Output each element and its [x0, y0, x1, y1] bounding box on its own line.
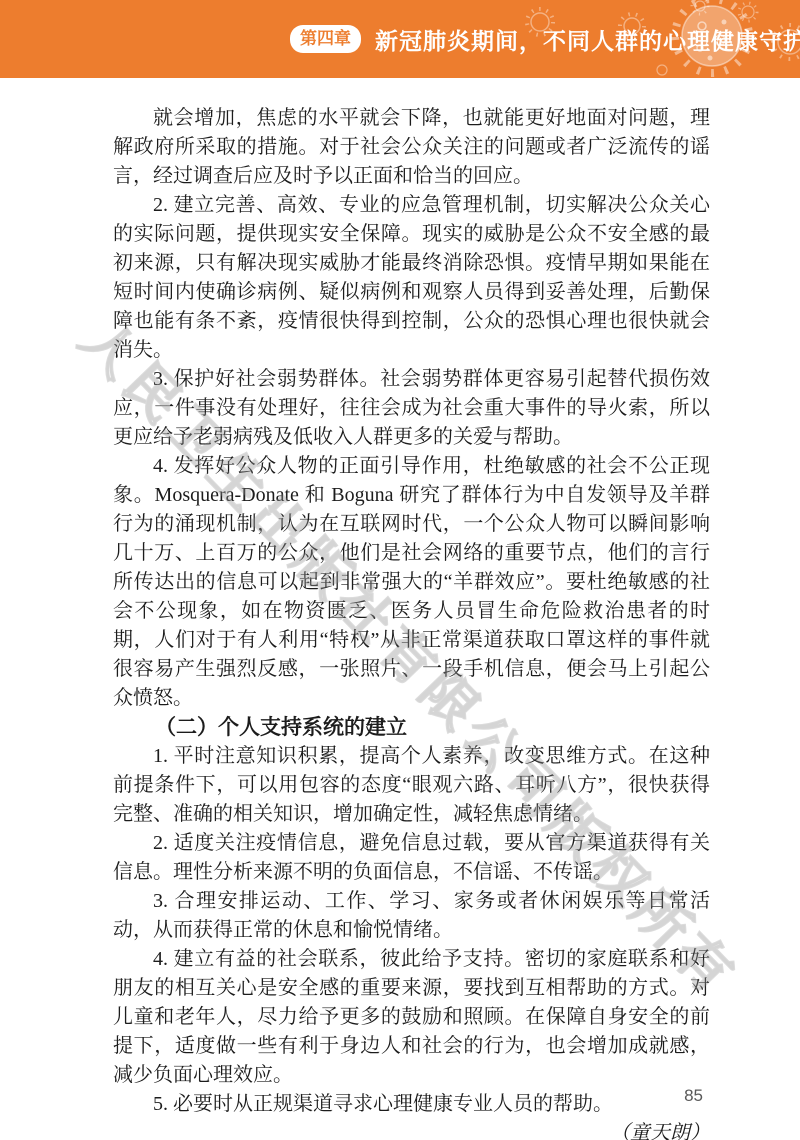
section-paragraph-4: 4. 建立有益的社会联系，彼此给予支持。密切的家庭联系和好朋友的相互关心是安全感… — [113, 945, 710, 1090]
paragraph-item-2: 2. 建立完善、高效、专业的应急管理机制，切实解决公众关心的实际问题，提供现实安… — [113, 191, 710, 365]
section-paragraph-3: 3. 合理安排运动、工作、学习、家务或者休闲娱乐等日常活动，从而获得正常的休息和… — [113, 887, 710, 945]
page-text-content: 就会增加，焦虑的水平就会下降，也就能更好地面对问题，理解政府所采取的措施。对于社… — [113, 104, 710, 1140]
book-page: 第四章 新冠肺炎期间，不同人群的心理健康守护 人民卫生出版社有限公司版权所有 就… — [0, 0, 800, 1140]
page-number: 85 — [684, 1086, 703, 1106]
paragraph-item-4: 4. 发挥好公众人物的正面引导作用，杜绝敏感的社会不公正现象。Mosquera-… — [113, 452, 710, 713]
section-paragraph-2: 2. 适度关注疫情信息，避免信息过载，要从官方渠道获得有关信息。理性分析来源不明… — [113, 829, 710, 887]
paragraph-item-3: 3. 保护好社会弱势群体。社会弱势群体更容易引起替代损伤效应，一件事没有处理好，… — [113, 365, 710, 452]
section-heading: （二）个人支持系统的建立 — [113, 713, 710, 742]
chapter-title: 新冠肺炎期间，不同人群的心理健康守护 — [375, 23, 800, 56]
author-name: （童天朗） — [113, 1119, 710, 1140]
chapter-header-band: 第四章 新冠肺炎期间，不同人群的心理健康守护 — [0, 0, 800, 78]
section-paragraph-5: 5. 必要时从正规渠道寻求心理健康专业人员的帮助。 — [113, 1090, 710, 1119]
section-paragraph-1: 1. 平时注意知识积累，提高个人素养，改变思维方式。在这种前提条件下，可以用包容… — [113, 742, 710, 829]
paragraph-intro: 就会增加，焦虑的水平就会下降，也就能更好地面对问题，理解政府所采取的措施。对于社… — [113, 104, 710, 191]
chapter-badge: 第四章 — [290, 25, 361, 53]
